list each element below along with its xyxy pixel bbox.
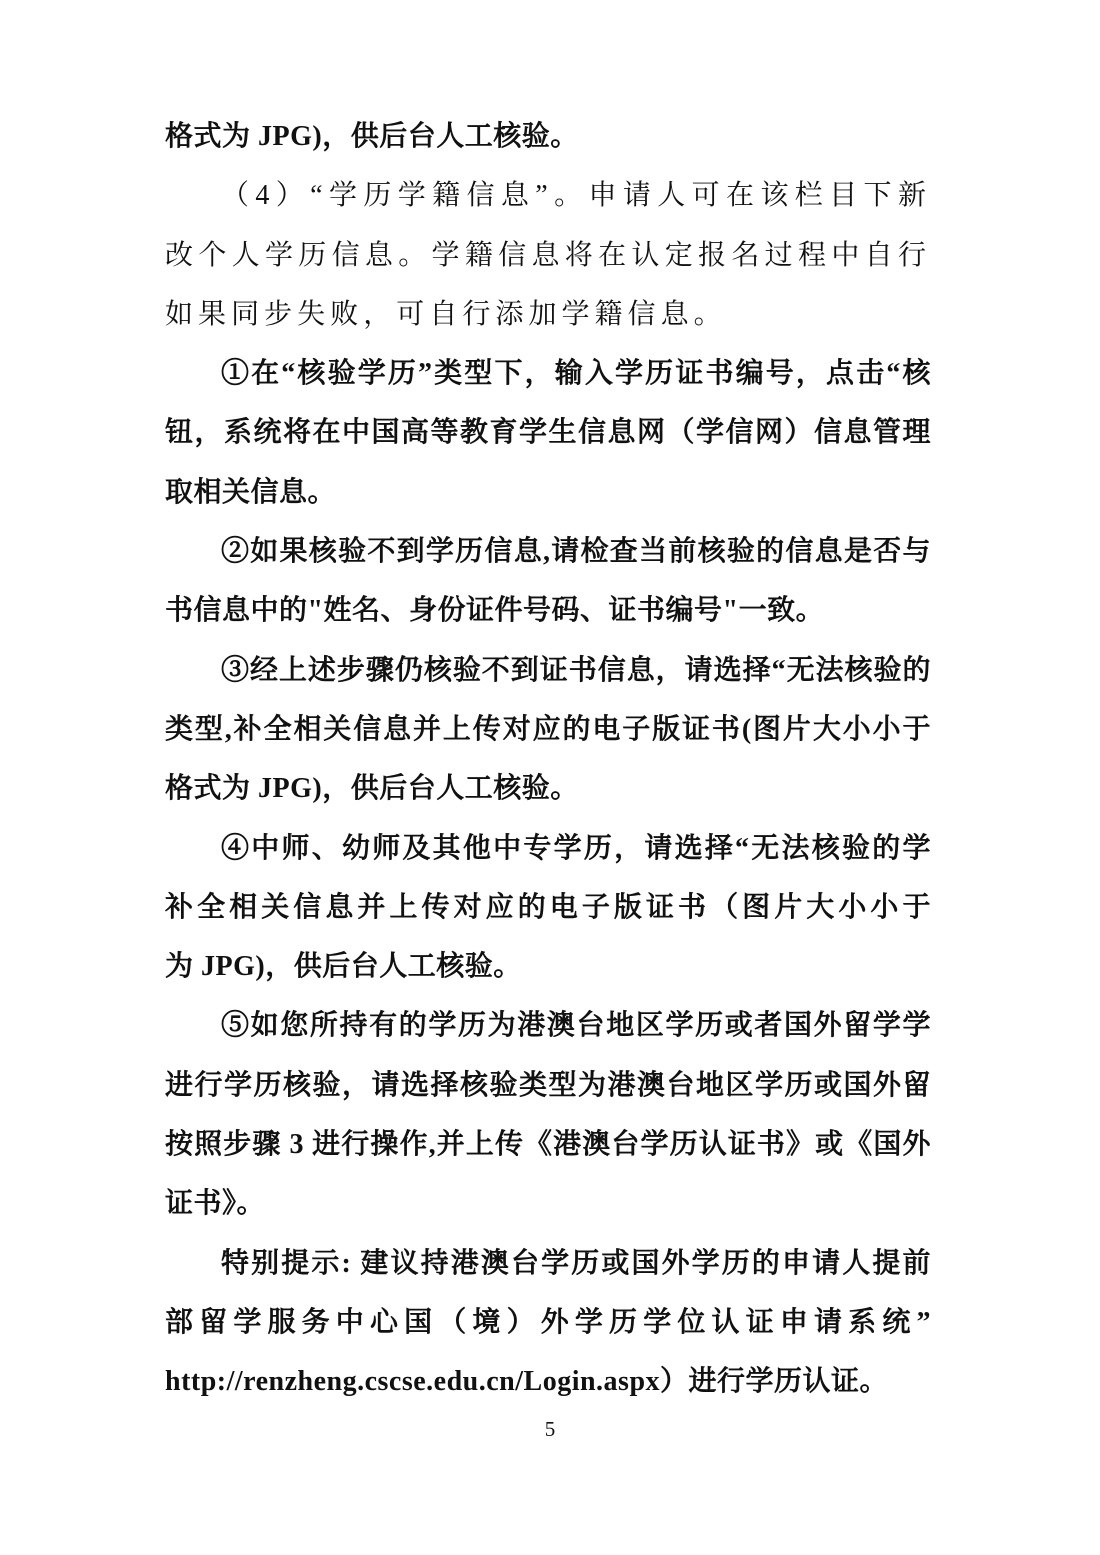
text-line: 格式为 JPG)，供后台人工核验。 — [165, 107, 931, 166]
text-line: 取相关信息。 — [165, 463, 931, 522]
text-line: 证书》。 — [165, 1174, 931, 1233]
text-line: http://renzheng.cscse.edu.cn/Login.aspx）… — [165, 1352, 931, 1411]
para-step-4-zhongzhuan: ④中师、幼师及其他中专学历，请选择“无法核验的学历”类型，补全相关信息并上传对应… — [165, 819, 931, 997]
document-body: 格式为 JPG)，供后台人工核验。（4）“学历学籍信息”。申请人可在该栏目下新增… — [165, 107, 931, 1412]
page-footer: 5 — [0, 1414, 1100, 1444]
document-page: 格式为 JPG)，供后台人工核验。（4）“学历学籍信息”。申请人可在该栏目下新增… — [0, 0, 1100, 1555]
text-line: （4）“学历学籍信息”。申请人可在该栏目下新增和修 — [165, 166, 931, 225]
para-step-2-check-info: ②如果核验不到学历信息,请检查当前核验的信息是否与学历证书信息中的"姓名、身份证… — [165, 522, 931, 641]
text-line: 书信息中的"姓名、身份证件号码、证书编号"一致。 — [165, 581, 931, 640]
text-line: ③经上述步骤仍核验不到证书信息，请选择“无法核验的学历” — [165, 641, 931, 700]
para-step-3-unverifiable: ③经上述步骤仍核验不到证书信息，请选择“无法核验的学历”类型,补全相关信息并上传… — [165, 641, 931, 819]
text-line: 格式为 JPG)，供后台人工核验。 — [165, 759, 931, 818]
para-4-xueli-xueji-info: （4）“学历学籍信息”。申请人可在该栏目下新增和修改个人学历信息。学籍信息将在认… — [165, 166, 931, 344]
text-line: 进行学历核验，请选择核验类型为港澳台地区学历或国外留学学历， — [165, 1056, 931, 1115]
text-line: 补全相关信息并上传对应的电子版证书（图片大小小于 200KB，格式 — [165, 878, 931, 937]
para-continuation-jpg-note: 格式为 JPG)，供后台人工核验。 — [165, 107, 931, 166]
text-line: 部留学服务中心国（境）外学历学位认证申请系统” — [165, 1293, 931, 1352]
text-line: 为 JPG)，供后台人工核验。 — [165, 937, 931, 996]
text-line: 特别提示: 建议持港澳台学历或国外学历的申请人提前在“教育 — [165, 1234, 931, 1293]
page-number: 5 — [545, 1417, 556, 1441]
para-step-1-heyan-xueli: ①在“核验学历”类型下，输入学历证书编号，点击“核验”按钮，系统将在中国高等教育… — [165, 344, 931, 522]
text-line: 改个人学历信息。学籍信息将在认定报名过程中自行同步， — [165, 226, 931, 285]
text-line: 类型,补全相关信息并上传对应的电子版证书(图片大小小于 200KB, — [165, 700, 931, 759]
text-line: 钮，系统将在中国高等教育学生信息网（学信网）信息管理系统中获 — [165, 403, 931, 462]
para-special-note: 特别提示: 建议持港澳台学历或国外学历的申请人提前在“教育部留学服务中心国（境）… — [165, 1234, 931, 1412]
text-line: ⑤如您所持有的学历为港澳台地区学历或者国外留学学历,无法 — [165, 996, 931, 1055]
text-line: ④中师、幼师及其他中专学历，请选择“无法核验的学历”类型， — [165, 819, 931, 878]
text-line: ①在“核验学历”类型下，输入学历证书编号，点击“核验”按 — [165, 344, 931, 403]
text-line: 如果同步失败，可自行添加学籍信息。 — [165, 285, 931, 344]
text-line: 按照步骤 3 进行操作,并上传《港澳台学历认证书》或《国外学历认 — [165, 1115, 931, 1174]
text-line: ②如果核验不到学历信息,请检查当前核验的信息是否与学历证 — [165, 522, 931, 581]
para-step-5-overseas: ⑤如您所持有的学历为港澳台地区学历或者国外留学学历,无法进行学历核验，请选择核验… — [165, 996, 931, 1233]
